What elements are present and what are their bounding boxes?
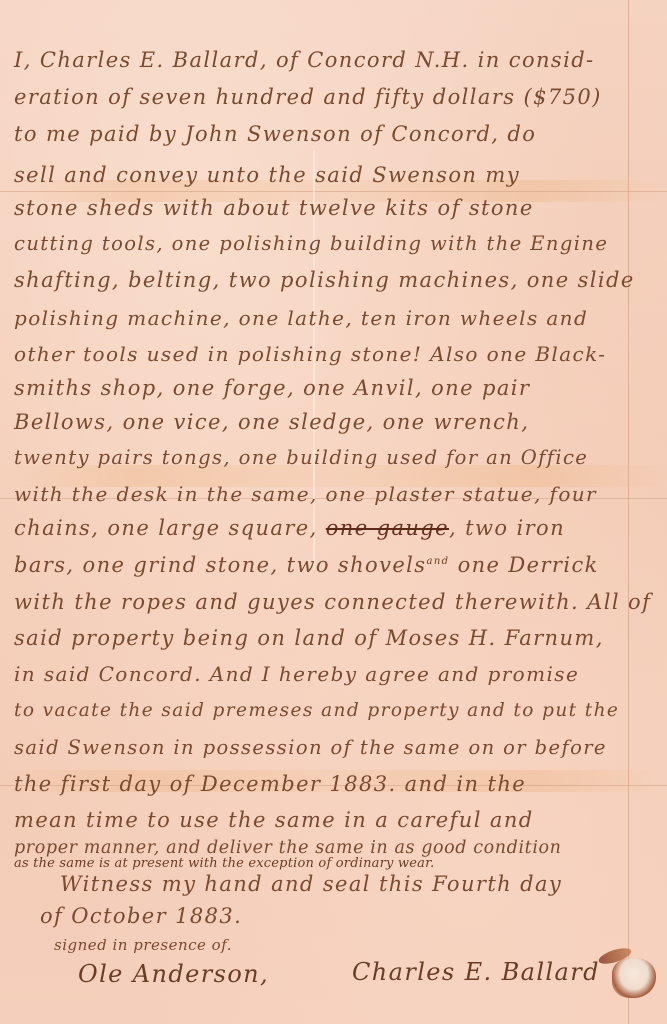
text-line: mean time to use the same in a careful a… (14, 808, 534, 832)
document-page: I, Charles E. Ballard, of Concord N.H. i… (0, 0, 667, 1024)
text-line: I, Charles E. Ballard, of Concord N.H. i… (14, 48, 595, 72)
text-line: with the desk in the same, one plaster s… (14, 482, 597, 506)
text-line: Witness my hand and seal this Fourth day (60, 872, 562, 896)
fold-line (0, 191, 667, 192)
text-line: smiths shop, one forge, one Anvil, one p… (14, 376, 530, 400)
text-line: Bellows, one vice, one sledge, one wrenc… (14, 410, 529, 434)
text-fragment: , two iron (449, 516, 565, 540)
text-fragment: bars, one grind stone, two shovels (14, 553, 426, 577)
text-line: said property being on land of Moses H. … (14, 626, 604, 650)
text-line: stone sheds with about twelve kits of st… (14, 196, 534, 220)
text-line: twenty pairs tongs, one building used fo… (14, 446, 588, 469)
text-line: other tools used in polishing stone! Als… (14, 342, 606, 366)
text-line: cutting tools, one polishing building wi… (14, 232, 608, 255)
text-line: to me paid by John Swenson of Concord, d… (14, 122, 536, 146)
text-line: sell and convey unto the said Swenson my (14, 163, 520, 187)
text-line: proper manner, and deliver the same in a… (14, 838, 562, 858)
text-line: the first day of December 1883. and in t… (14, 772, 526, 796)
text-line: eration of seven hundred and fifty dolla… (14, 85, 602, 109)
text-line: as the same is at present with the excep… (14, 856, 434, 871)
attestation-text: signed in presence of. (54, 936, 232, 954)
text-line: in said Concord. And I hereby agree and … (14, 662, 579, 686)
text-line-with-insert: bars, one grind stone, two shovelsand on… (14, 553, 599, 577)
margin-rule (628, 0, 629, 1024)
text-line: said Swenson in possession of the same o… (14, 736, 607, 759)
text-line: polishing machine, one lathe, ten iron w… (14, 306, 588, 330)
text-fragment: one Derrick (458, 553, 599, 577)
text-line: with the ropes and guyes connected there… (14, 590, 651, 614)
text-line: shafting, belting, two polishing machine… (14, 268, 635, 292)
text-line-with-strike: chains, one large square, one gauge, two… (14, 516, 565, 540)
inserted-word: and (426, 556, 449, 567)
struck-text: one gauge (326, 516, 449, 540)
wax-seal-icon (612, 958, 656, 998)
grantor-signature: Charles E. Ballard (352, 958, 600, 986)
witness-signature: Ole Anderson, (78, 960, 269, 988)
text-line: to vacate the said premeses and property… (14, 700, 619, 721)
text-line: of October 1883. (40, 904, 242, 928)
text-fragment: chains, one large square, (14, 516, 318, 540)
